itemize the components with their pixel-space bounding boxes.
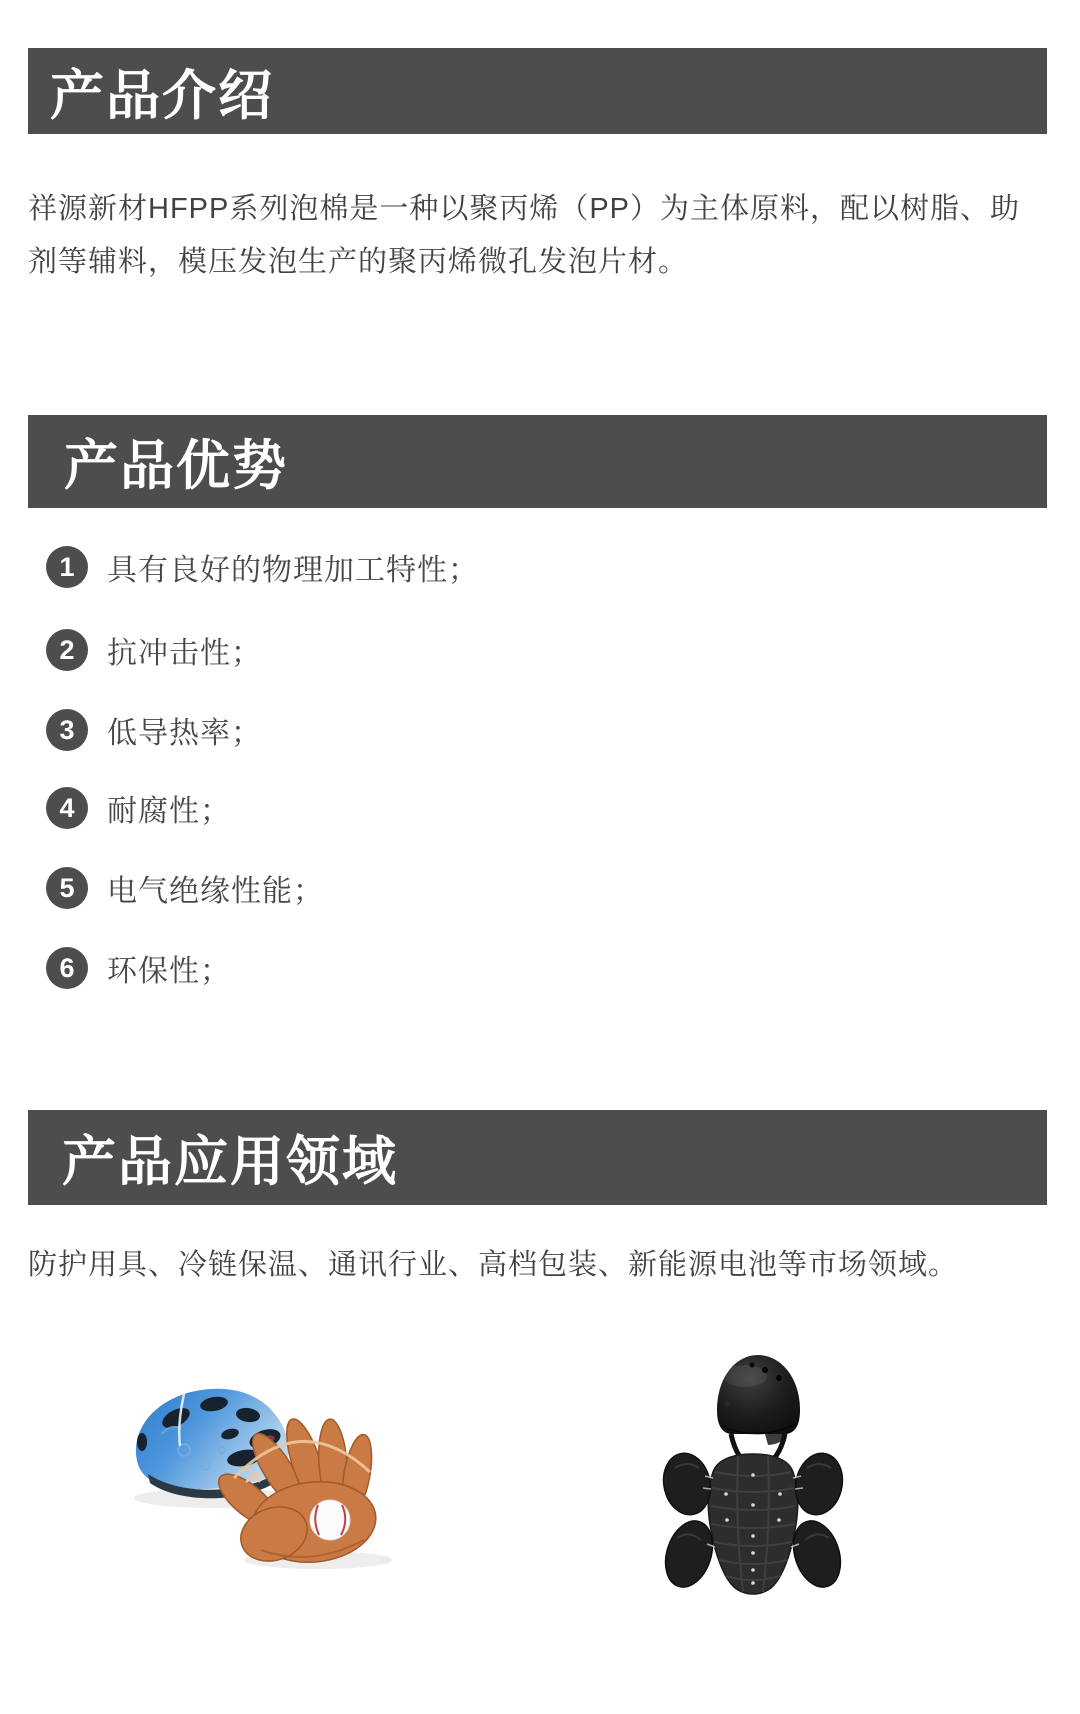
blue-helmet-glove-illustration	[126, 1382, 394, 1574]
section-title-applications: 产品应用领域	[62, 1119, 398, 1196]
section-banner-applications: 产品应用领域	[28, 1110, 1047, 1205]
applications-paragraph: 防护用具、冷链保温、通讯行业、高档包装、新能源电池等市场领域。	[28, 1243, 1048, 1287]
section-banner-advantages: 产品优势	[28, 415, 1047, 508]
black-helmet-armor-illustration	[653, 1348, 853, 1603]
advantage-text: 耐腐性；	[107, 786, 231, 830]
numbered-circle-badge: 5	[46, 867, 88, 909]
blue-helmet-and-baseball-glove-image	[126, 1382, 394, 1574]
numbered-circle-badge: 3	[46, 709, 88, 751]
advantage-list-item: 3 低导热率；	[46, 709, 262, 751]
section-title-advantages: 产品优势	[64, 423, 288, 500]
intro-paragraph: 祥源新材HFPP系列泡棉是一种以聚丙烯（PP）为主体原料，配以树脂、助剂等辅料，…	[28, 183, 1048, 289]
advantage-text: 低导热率；	[107, 708, 262, 752]
product-detail-page: 产品介绍 祥源新材HFPP系列泡棉是一种以聚丙烯（PP）为主体原料，配以树脂、助…	[0, 0, 1080, 1714]
advantage-text: 抗冲击性；	[107, 628, 262, 672]
advantage-list-item: 6 环保性；	[46, 947, 231, 989]
advantage-list-item: 2 抗冲击性；	[46, 629, 262, 671]
numbered-circle-badge: 2	[46, 629, 88, 671]
advantage-text: 具有良好的物理加工特性；	[107, 545, 479, 589]
advantage-list-item: 4 耐腐性；	[46, 787, 231, 829]
numbered-circle-badge: 1	[46, 546, 88, 588]
numbered-circle-badge: 4	[46, 787, 88, 829]
section-banner-intro: 产品介绍	[28, 48, 1047, 134]
advantage-text: 电气绝缘性能；	[107, 866, 324, 910]
advantage-list-item: 5 电气绝缘性能；	[46, 867, 324, 909]
numbered-circle-badge: 6	[46, 947, 88, 989]
black-helmet-and-body-armor-image	[653, 1348, 853, 1603]
advantage-text: 环保性；	[107, 946, 231, 990]
section-title-intro: 产品介绍	[50, 53, 274, 130]
advantage-list-item: 1 具有良好的物理加工特性；	[46, 546, 479, 588]
